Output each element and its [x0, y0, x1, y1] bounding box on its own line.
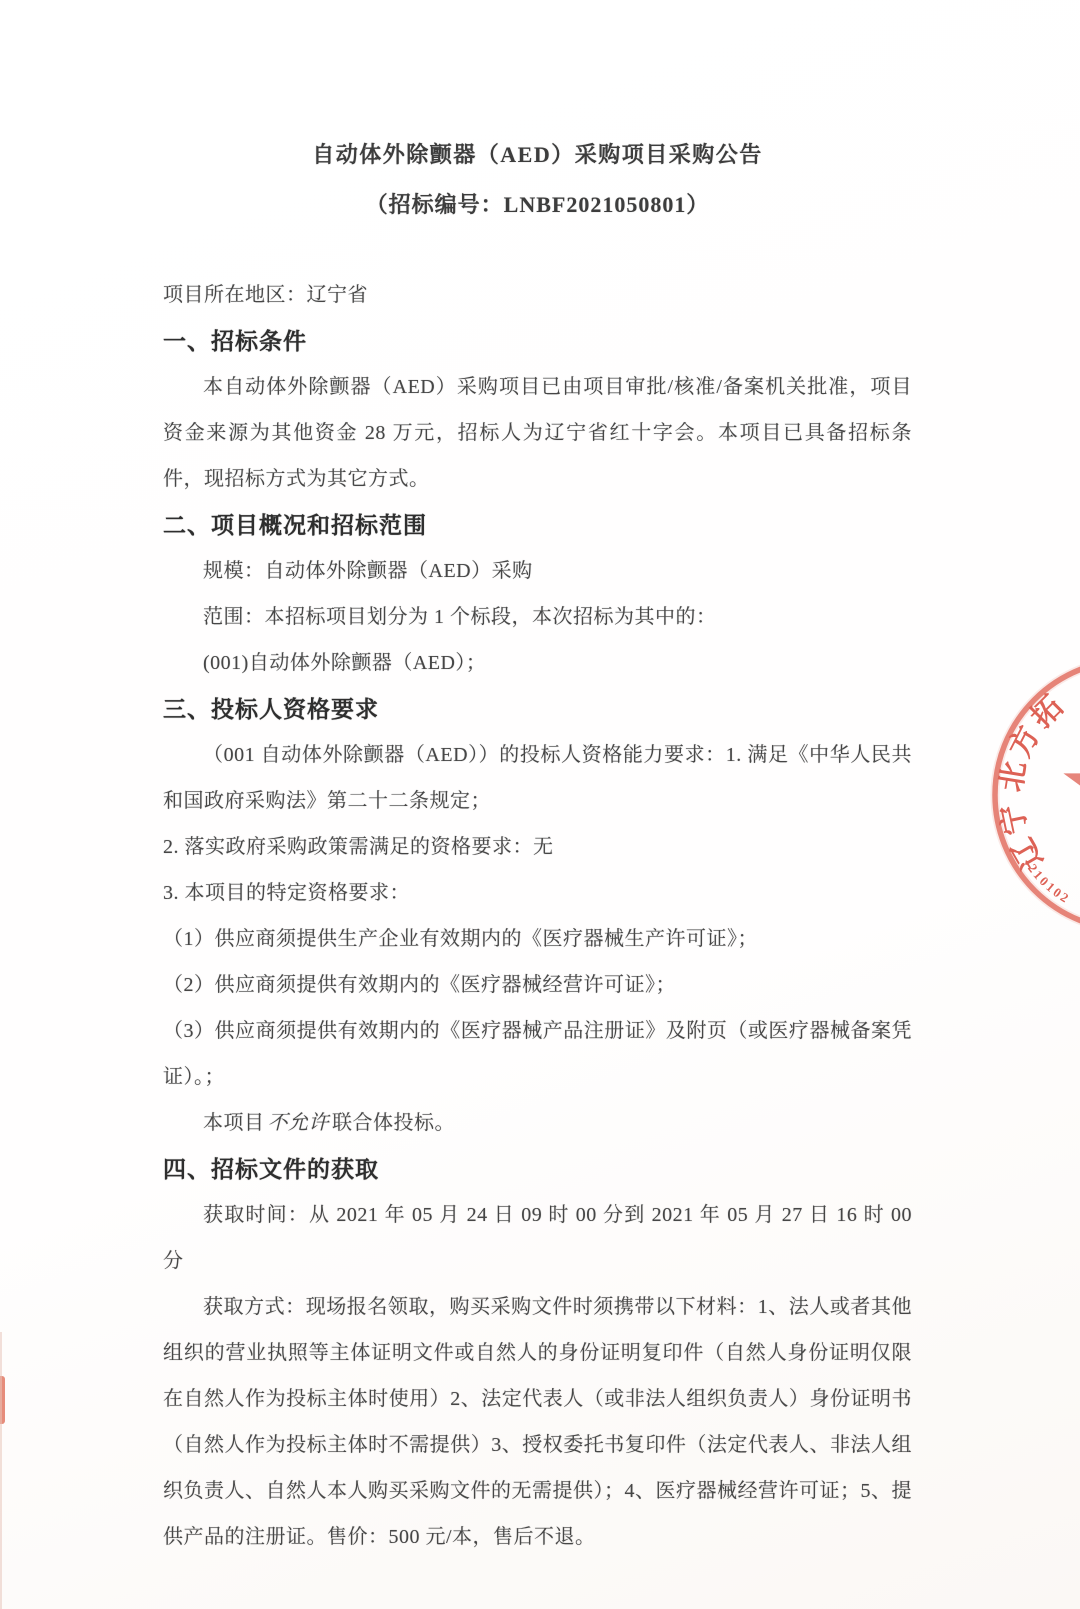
scan-edge-line-artifact	[0, 1332, 2, 1609]
seal-star-icon	[1063, 725, 1080, 852]
para-obtain-time: 获取时间：从 2021 年 05 月 24 日 09 时 00 分到 2021 …	[163, 1192, 912, 1284]
section-heading-1: 一、招标条件	[163, 318, 912, 364]
para-qualification-3: 3. 本项目的特定资格要求：	[163, 870, 912, 916]
para-joint-venture-statement: 本项目不允许联合体投标。	[163, 1100, 912, 1146]
bid-number-line: （招标编号：LNBF2021050801）	[163, 190, 912, 220]
para-requirement-item-3: （3）供应商须提供有效期内的《医疗器械产品注册证》及附页（或医疗器械备案凭证）。…	[163, 1008, 912, 1100]
seal-char-3: 北	[995, 759, 1032, 794]
para-bid-conditions: 本自动体外除颤器（AED）采购项目已由项目审批/核准/备案机关批准，项目资金来源…	[163, 364, 912, 502]
para-requirement-item-2: （2）供应商须提供有效期内的《医疗器械经营许可证》；	[163, 962, 912, 1008]
seal-char-1: 辽	[1006, 832, 1050, 874]
para-lot-001: (001)自动体外除颤器（AED）；	[163, 640, 912, 686]
seal-char-5: 拓	[1025, 690, 1070, 735]
seal-char-2: 宁	[995, 801, 1034, 837]
project-location-line: 项目所在地区：辽宁省	[163, 272, 912, 318]
para-scope: 范围：本招标项目划分为 1 个标段，本次招标为其中的：	[163, 594, 912, 640]
para-qualification-2: 2. 落实政府采购政策需满足的资格要求：无	[163, 824, 912, 870]
seal-serial-digits: 210102	[1025, 861, 1073, 907]
document-content: 自动体外除颤器（AED）采购项目采购公告 （招标编号：LNBF202105080…	[163, 140, 912, 1560]
para-scale: 规模：自动体外除颤器（AED）采购	[163, 548, 912, 594]
seal-char-4: 方	[1003, 721, 1046, 763]
section-heading-3: 三、投标人资格要求	[163, 686, 912, 732]
seal-ring-bleed	[995, 660, 1080, 930]
scanned-document-page: 自动体外除颤器（AED）采购项目采购公告 （招标编号：LNBF202105080…	[0, 0, 1080, 1609]
para-qualification-1: （001 自动体外除颤器（AED））的投标人资格能力要求：1. 满足《中华人民共…	[163, 732, 912, 824]
jv-emphasis: 不允许	[265, 1112, 333, 1134]
section-heading-2: 二、项目概况和招标范围	[163, 502, 912, 548]
seal-ring	[995, 660, 1080, 930]
document-body: 项目所在地区：辽宁省 一、招标条件 本自动体外除颤器（AED）采购项目已由项目审…	[163, 272, 912, 1560]
jv-prefix: 本项目	[203, 1112, 265, 1134]
page-title: 自动体外除颤器（AED）采购项目采购公告	[163, 140, 912, 170]
section-heading-4: 四、招标文件的获取	[163, 1146, 912, 1192]
para-obtain-method: 获取方式：现场报名领取，购买采购文件时须携带以下材料：1、法人或者其他组织的营业…	[163, 1284, 912, 1560]
official-seal-stamp: 辽 宁 北 方 拓 210102	[940, 640, 1080, 960]
para-requirement-item-1: （1）供应商须提供生产企业有效期内的《医疗器械生产许可证》；	[163, 916, 912, 962]
jv-suffix: 联合体投标。	[332, 1112, 455, 1134]
